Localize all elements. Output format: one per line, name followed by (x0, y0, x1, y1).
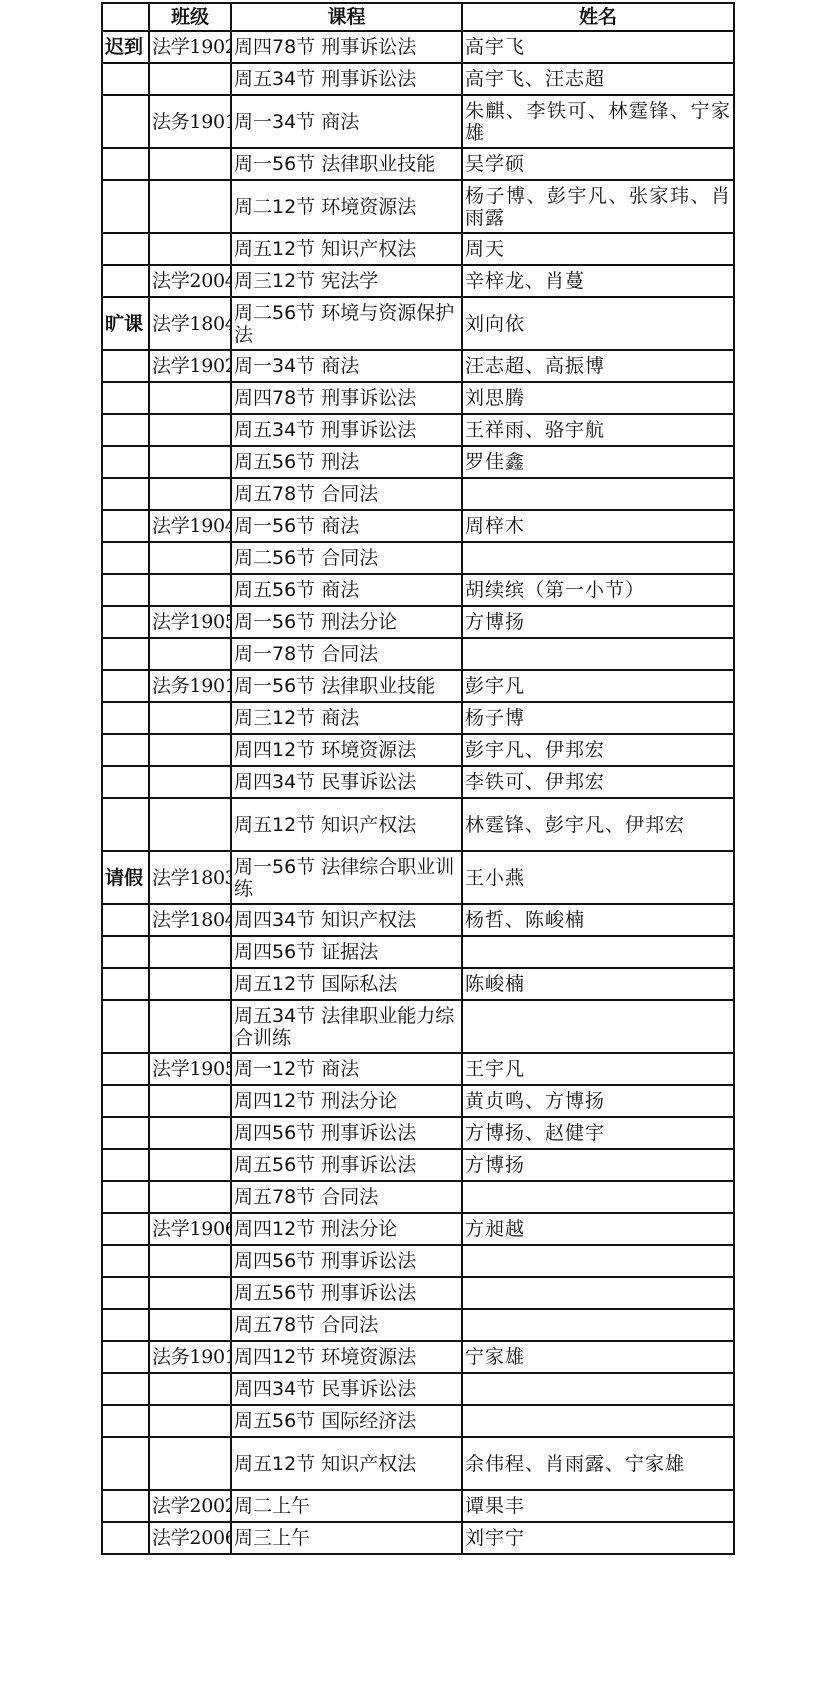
table-body: 迟到法学1902周四78节 刑事诉讼法高宇飞周五34节 刑事诉讼法高宇飞、汪志超… (102, 31, 734, 1554)
names-cell (462, 478, 734, 510)
names-cell: 王宇凡 (462, 1053, 734, 1085)
course-cell: 周四12节 环境资源法 (231, 734, 462, 766)
header-course: 课程 (231, 3, 462, 31)
course-cell: 周五78节 合同法 (231, 1309, 462, 1341)
category-cell (102, 233, 149, 265)
course-cell: 周五56节 刑事诉讼法 (231, 1149, 462, 1181)
names-cell: 陈峻楠 (462, 968, 734, 1000)
class-cell (149, 798, 231, 851)
names-cell: 杨子博 (462, 702, 734, 734)
names-cell (462, 1000, 734, 1053)
table-row: 周一78节 合同法 (102, 638, 734, 670)
names-cell (462, 1181, 734, 1213)
names-cell (462, 1309, 734, 1341)
category-cell (102, 1341, 149, 1373)
header-row: 班级 课程 姓名 (102, 3, 734, 31)
names-cell: 方博扬、赵健宇 (462, 1117, 734, 1149)
names-cell: 方博扬 (462, 1149, 734, 1181)
category-cell (102, 1117, 149, 1149)
class-cell: 法学1902 (149, 31, 231, 63)
table-row: 周五56节 商法胡续缤（第一小节） (102, 574, 734, 606)
course-cell: 周五56节 刑事诉讼法 (231, 1277, 462, 1309)
table-row: 周四34节 民事诉讼法李铁可、伊邦宏 (102, 766, 734, 798)
class-cell (149, 1085, 231, 1117)
course-cell: 周一34节 商法 (231, 95, 462, 148)
category-cell (102, 1245, 149, 1277)
table-row: 周五12节 知识产权法余伟程、肖雨露、宁家雄 (102, 1437, 734, 1490)
names-cell: 汪志超、高振博 (462, 350, 734, 382)
course-cell: 周四12节 刑法分论 (231, 1213, 462, 1245)
names-cell: 林霆锋、彭宇凡、伊邦宏 (462, 798, 734, 851)
category-cell (102, 414, 149, 446)
course-cell: 周五56节 国际经济法 (231, 1405, 462, 1437)
category-cell (102, 63, 149, 95)
table-row: 周五12节 知识产权法周天 (102, 233, 734, 265)
course-cell: 周一56节 商法 (231, 510, 462, 542)
category-cell (102, 1437, 149, 1490)
table-row: 周五12节 国际私法陈峻楠 (102, 968, 734, 1000)
class-cell: 法学1905 (149, 1053, 231, 1085)
course-cell: 周五34节 刑事诉讼法 (231, 414, 462, 446)
names-cell: 彭宇凡、伊邦宏 (462, 734, 734, 766)
table-row: 法学1804周四34节 知识产权法杨哲、陈峻楠 (102, 904, 734, 936)
course-cell: 周四56节 刑事诉讼法 (231, 1245, 462, 1277)
names-cell: 李铁可、伊邦宏 (462, 766, 734, 798)
course-cell: 周五12节 知识产权法 (231, 1437, 462, 1490)
course-cell: 周三12节 宪法学 (231, 265, 462, 297)
category-cell (102, 936, 149, 968)
names-cell: 胡续缤（第一小节） (462, 574, 734, 606)
class-cell: 法务1901 (149, 95, 231, 148)
category-cell (102, 1213, 149, 1245)
category-cell (102, 180, 149, 233)
category-cell (102, 148, 149, 180)
table-row: 周一56节 法律职业技能吴学硕 (102, 148, 734, 180)
names-cell: 彭宇凡 (462, 670, 734, 702)
class-cell (149, 638, 231, 670)
category-cell: 旷课 (102, 297, 149, 350)
names-cell: 罗佳鑫 (462, 446, 734, 478)
course-cell: 周五12节 国际私法 (231, 968, 462, 1000)
table-row: 周二56节 合同法 (102, 542, 734, 574)
category-cell: 迟到 (102, 31, 149, 63)
table-row: 周五56节 国际经济法 (102, 1405, 734, 1437)
class-cell: 法务1901 (149, 670, 231, 702)
table-row: 法务1901周一34节 商法朱麒、李铁可、林霆锋、宁家雄 (102, 95, 734, 148)
names-cell (462, 1277, 734, 1309)
category-cell (102, 510, 149, 542)
category-cell (102, 968, 149, 1000)
class-cell: 法学2004 (149, 265, 231, 297)
table-row: 周四12节 刑法分论黄贞鸣、方博扬 (102, 1085, 734, 1117)
class-cell (149, 1437, 231, 1490)
class-cell (149, 702, 231, 734)
table-row: 旷课法学1804周二56节 环境与资源保护法刘向依 (102, 297, 734, 350)
category-cell: 请假 (102, 851, 149, 904)
names-cell: 周天 (462, 233, 734, 265)
class-cell (149, 63, 231, 95)
table-row: 周五56节 刑事诉讼法方博扬 (102, 1149, 734, 1181)
class-cell (149, 446, 231, 478)
course-cell: 周一56节 法律职业技能 (231, 148, 462, 180)
category-cell (102, 638, 149, 670)
table-row: 法学1905周一12节 商法王宇凡 (102, 1053, 734, 1085)
table-row: 法学1906周四12节 刑法分论方昶越 (102, 1213, 734, 1245)
names-cell: 刘宇宁 (462, 1522, 734, 1554)
course-cell: 周一56节 刑法分论 (231, 606, 462, 638)
class-cell (149, 1277, 231, 1309)
category-cell (102, 1373, 149, 1405)
class-cell (149, 936, 231, 968)
category-cell (102, 904, 149, 936)
course-cell: 周三上午 (231, 1522, 462, 1554)
category-cell (102, 702, 149, 734)
category-cell (102, 382, 149, 414)
names-cell (462, 1373, 734, 1405)
names-cell: 杨哲、陈峻楠 (462, 904, 734, 936)
table-row: 周五34节 刑事诉讼法王祥雨、骆宇航 (102, 414, 734, 446)
course-cell: 周四56节 证据法 (231, 936, 462, 968)
header-category (102, 3, 149, 31)
names-cell: 余伟程、肖雨露、宁家雄 (462, 1437, 734, 1490)
table-row: 法务1901周一56节 法律职业技能彭宇凡 (102, 670, 734, 702)
class-cell (149, 1373, 231, 1405)
names-cell (462, 1245, 734, 1277)
names-cell: 周梓木 (462, 510, 734, 542)
course-cell: 周五78节 合同法 (231, 478, 462, 510)
table-row: 周二12节 环境资源法杨子博、彭宇凡、张家玮、肖雨露 (102, 180, 734, 233)
names-cell: 宁家雄 (462, 1341, 734, 1373)
table-row: 周四78节 刑事诉讼法刘思腾 (102, 382, 734, 414)
header-class: 班级 (149, 3, 231, 31)
course-cell: 周四12节 刑法分论 (231, 1085, 462, 1117)
category-cell (102, 1277, 149, 1309)
names-cell: 王小燕 (462, 851, 734, 904)
table-row: 法学2002周二上午谭果丰 (102, 1490, 734, 1522)
names-cell: 刘思腾 (462, 382, 734, 414)
course-cell: 周一12节 商法 (231, 1053, 462, 1085)
names-cell: 辛梓龙、肖蔓 (462, 265, 734, 297)
class-cell: 法学2002 (149, 1490, 231, 1522)
class-cell: 法学1804 (149, 297, 231, 350)
table-row: 周四56节 证据法 (102, 936, 734, 968)
category-cell (102, 1085, 149, 1117)
course-cell: 周二上午 (231, 1490, 462, 1522)
course-cell: 周一34节 商法 (231, 350, 462, 382)
course-cell: 周四78节 刑事诉讼法 (231, 382, 462, 414)
header-names: 姓名 (462, 3, 734, 31)
table-row: 请假法学1803周一56节 法律综合职业训练王小燕 (102, 851, 734, 904)
class-cell (149, 1117, 231, 1149)
class-cell (149, 1181, 231, 1213)
names-cell (462, 542, 734, 574)
names-cell: 刘向依 (462, 297, 734, 350)
class-cell (149, 382, 231, 414)
table-row: 法学2004周三12节 宪法学辛梓龙、肖蔓 (102, 265, 734, 297)
table-row: 法务1901周四12节 环境资源法宁家雄 (102, 1341, 734, 1373)
course-cell: 周三12节 商法 (231, 702, 462, 734)
class-cell: 法学1902 (149, 350, 231, 382)
class-cell: 法学1905 (149, 606, 231, 638)
table-row: 周五78节 合同法 (102, 478, 734, 510)
class-cell (149, 1245, 231, 1277)
names-cell: 杨子博、彭宇凡、张家玮、肖雨露 (462, 180, 734, 233)
names-cell: 高宇飞 (462, 31, 734, 63)
class-cell (149, 1000, 231, 1053)
class-cell (149, 233, 231, 265)
course-cell: 周五56节 刑法 (231, 446, 462, 478)
class-cell (149, 766, 231, 798)
course-cell: 周五12节 知识产权法 (231, 798, 462, 851)
category-cell (102, 606, 149, 638)
names-cell: 方昶越 (462, 1213, 734, 1245)
table-row: 周五12节 知识产权法林霆锋、彭宇凡、伊邦宏 (102, 798, 734, 851)
names-cell: 朱麒、李铁可、林霆锋、宁家雄 (462, 95, 734, 148)
course-cell: 周二56节 环境与资源保护法 (231, 297, 462, 350)
names-cell: 高宇飞、汪志超 (462, 63, 734, 95)
names-cell: 谭果丰 (462, 1490, 734, 1522)
category-cell (102, 478, 149, 510)
class-cell: 法学1906 (149, 1213, 231, 1245)
category-cell (102, 1053, 149, 1085)
class-cell (149, 148, 231, 180)
category-cell (102, 798, 149, 851)
course-cell: 周四56节 刑事诉讼法 (231, 1117, 462, 1149)
category-cell (102, 1181, 149, 1213)
course-cell: 周一56节 法律职业技能 (231, 670, 462, 702)
table-row: 法学2006周三上午刘宇宁 (102, 1522, 734, 1554)
class-cell (149, 414, 231, 446)
course-cell: 周五78节 合同法 (231, 1181, 462, 1213)
class-cell (149, 542, 231, 574)
table-row: 周五34节 法律职业能力综合训练 (102, 1000, 734, 1053)
course-cell: 周四12节 环境资源法 (231, 1341, 462, 1373)
class-cell (149, 1405, 231, 1437)
class-cell (149, 574, 231, 606)
course-cell: 周四34节 知识产权法 (231, 904, 462, 936)
category-cell (102, 1522, 149, 1554)
names-cell (462, 1405, 734, 1437)
category-cell (102, 734, 149, 766)
course-cell: 周一78节 合同法 (231, 638, 462, 670)
category-cell (102, 265, 149, 297)
category-cell (102, 95, 149, 148)
course-cell: 周五34节 刑事诉讼法 (231, 63, 462, 95)
course-cell: 周一56节 法律综合职业训练 (231, 851, 462, 904)
category-cell (102, 1309, 149, 1341)
category-cell (102, 446, 149, 478)
category-cell (102, 350, 149, 382)
category-cell (102, 1405, 149, 1437)
table-row: 周四34节 民事诉讼法 (102, 1373, 734, 1405)
attendance-table: 班级 课程 姓名 迟到法学1902周四78节 刑事诉讼法高宇飞周五34节 刑事诉… (101, 2, 735, 1555)
category-cell (102, 1490, 149, 1522)
class-cell (149, 180, 231, 233)
table-row: 法学1904周一56节 商法周梓木 (102, 510, 734, 542)
course-cell: 周二56节 合同法 (231, 542, 462, 574)
course-cell: 周五12节 知识产权法 (231, 233, 462, 265)
table-row: 周三12节 商法杨子博 (102, 702, 734, 734)
class-cell (149, 478, 231, 510)
category-cell (102, 1149, 149, 1181)
class-cell (149, 734, 231, 766)
table-row: 周五78节 合同法 (102, 1181, 734, 1213)
course-cell: 周二12节 环境资源法 (231, 180, 462, 233)
course-cell: 周四34节 民事诉讼法 (231, 766, 462, 798)
names-cell (462, 638, 734, 670)
class-cell: 法学1904 (149, 510, 231, 542)
class-cell: 法学1804 (149, 904, 231, 936)
table-row: 法学1902周一34节 商法汪志超、高振博 (102, 350, 734, 382)
category-cell (102, 542, 149, 574)
category-cell (102, 766, 149, 798)
table-row: 法学1905周一56节 刑法分论方博扬 (102, 606, 734, 638)
course-cell: 周四34节 民事诉讼法 (231, 1373, 462, 1405)
table-row: 周四56节 刑事诉讼法 (102, 1245, 734, 1277)
class-cell (149, 1309, 231, 1341)
table-row: 周四12节 环境资源法彭宇凡、伊邦宏 (102, 734, 734, 766)
table-row: 迟到法学1902周四78节 刑事诉讼法高宇飞 (102, 31, 734, 63)
course-cell: 周五34节 法律职业能力综合训练 (231, 1000, 462, 1053)
table-row: 周五56节 刑法罗佳鑫 (102, 446, 734, 478)
class-cell: 法学2006 (149, 1522, 231, 1554)
class-cell: 法务1901 (149, 1341, 231, 1373)
names-cell: 王祥雨、骆宇航 (462, 414, 734, 446)
names-cell: 吴学硕 (462, 148, 734, 180)
course-cell: 周五56节 商法 (231, 574, 462, 606)
table-row: 周五78节 合同法 (102, 1309, 734, 1341)
table-row: 周五56节 刑事诉讼法 (102, 1277, 734, 1309)
class-cell: 法学1803 (149, 851, 231, 904)
names-cell: 方博扬 (462, 606, 734, 638)
table-row: 周五34节 刑事诉讼法高宇飞、汪志超 (102, 63, 734, 95)
names-cell (462, 936, 734, 968)
course-cell: 周四78节 刑事诉讼法 (231, 31, 462, 63)
table-row: 周四56节 刑事诉讼法方博扬、赵健宇 (102, 1117, 734, 1149)
category-cell (102, 1000, 149, 1053)
class-cell (149, 968, 231, 1000)
category-cell (102, 670, 149, 702)
names-cell: 黄贞鸣、方博扬 (462, 1085, 734, 1117)
category-cell (102, 574, 149, 606)
class-cell (149, 1149, 231, 1181)
